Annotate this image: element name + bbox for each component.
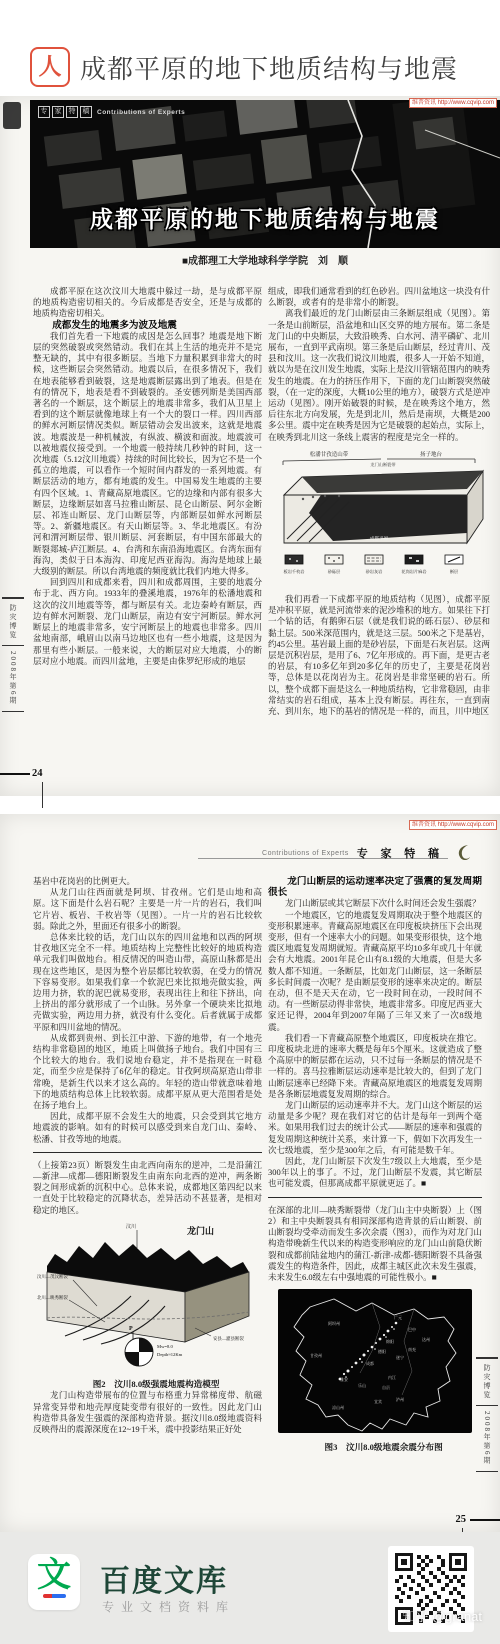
viewer-header: 人 成都平原的地下地质结构与地震 xyxy=(0,0,500,96)
fig2-p-axis: P xyxy=(129,1326,133,1332)
paragraph: 我们首先看一下地震的成因是怎么回事？地震是地下断层的突然破裂或突然错动。我们在其… xyxy=(33,331,262,577)
fig1-sub-label: 龙门山断裂带 xyxy=(370,461,396,468)
svg-text:达州: 达州 xyxy=(422,1336,430,1342)
page-number-25: 25 xyxy=(456,1514,467,1525)
paragraph: 成都平原在这次汶川大地震中躲过一劫，是与成都平原的地质构造密切相关的。今后成都是… xyxy=(33,286,262,320)
svg-text:广元: 广元 xyxy=(394,1314,402,1320)
paragraph: 回到四川和成都来看，四川和成都周围，主要的地震分布于北、西方向。1933年的叠溪… xyxy=(33,577,262,667)
fig2-depth: Depth≈12Km xyxy=(157,1352,183,1357)
page-number-rule xyxy=(0,773,30,775)
scan-artifact xyxy=(3,102,21,129)
zhihu-watermark: 知乎 @granat xyxy=(402,1606,482,1625)
paragraph: 龙门山断层或其它断层下次什么时间还会发生强震？ xyxy=(268,898,482,909)
column-name-en: Contributions of Experts xyxy=(97,109,185,116)
section-heading: 成都发生的地震多为波及地震 xyxy=(33,320,262,331)
wenku-tagline: 专业文档资料库 xyxy=(102,1598,235,1615)
fig1-bottom-label: 成都平原 xyxy=(370,535,389,542)
wenku-logo-underline xyxy=(28,1594,80,1598)
legend-label: 砂岩灰岩 xyxy=(366,568,384,575)
badge-char: 专 xyxy=(38,106,50,118)
page1-left-column: 成都平原在这次汶川大地震中躲过一劫，是与成都平原的地质构造密切相关的。今后成都是… xyxy=(33,286,262,778)
svg-text:内江: 内江 xyxy=(388,1374,396,1380)
vip-watermark: 维普资讯 http://www.cqvip.com xyxy=(409,98,497,108)
margin-rule xyxy=(476,1471,498,1473)
figure2-diagram: 汶川 龙门山 汶川—茂汶断裂 北川—映秀断裂 安县—灌县断裂 xyxy=(35,1220,261,1372)
column-divider xyxy=(268,1197,482,1198)
journal-issue: 2008年第6期 xyxy=(482,1411,492,1466)
svg-text:成都: 成都 xyxy=(366,1360,374,1366)
figure2-caption: 图2 汶川8.0级强震地震构造模型 xyxy=(33,1379,262,1390)
svg-text:甘孜州: 甘孜州 xyxy=(310,1352,322,1358)
svg-text:巴中: 巴中 xyxy=(408,1326,416,1332)
figure3-map: 广元 巴中 达州 绵阳 德阳 南充 遂宁 成都 内江 自贡 宜宾 泸州 乐山 雅… xyxy=(276,1287,474,1435)
wenku-logo: 文 xyxy=(28,1554,80,1610)
page1-right-column: 组成，即我们通常看到的红色砂岩。四川盆地这一块没有什么断裂，或者有的是非常小的断… xyxy=(268,286,490,778)
badge-char: 特 xyxy=(66,106,78,118)
badge-char: 家 xyxy=(52,106,64,118)
svg-text:泸州: 泸州 xyxy=(396,1396,404,1402)
page-number-rule xyxy=(470,1519,500,1521)
paragraph: 龙门山断层的运动速率并不大。龙门山这个断层的运动量是多少呢？现在我们对它的估计是… xyxy=(268,1100,482,1156)
binding-mark xyxy=(42,782,43,808)
legend-label: 砂砾层 xyxy=(328,568,341,575)
section-heading: 龙门山断层的运动速率决定了强震的复发周期很长 xyxy=(268,876,482,898)
journal-margin-page1: 防灾博览 2008年第6期 xyxy=(2,594,24,715)
journal-name: 防灾博览 xyxy=(482,1364,492,1400)
svg-text:阿坝州: 阿坝州 xyxy=(328,1320,340,1326)
journal-margin-page2: 防灾博览 2008年第6期 xyxy=(476,1354,498,1475)
margin-rule xyxy=(476,1405,498,1407)
legend-label: 断层 xyxy=(450,568,459,575)
svg-text:宜宾: 宜宾 xyxy=(374,1398,382,1404)
journal-issue: 2008年第6期 xyxy=(8,651,18,706)
paragraph: 总体来比较的话，龙门山以东的四川盆地和以西的阿坝甘孜地区完全不一样。地质结构上完… xyxy=(33,932,262,1033)
paragraph: 因此，龙门山断层下次发生7级以上大地震，至少是300年以上的事了。不过，龙门山断… xyxy=(268,1156,482,1190)
column-badge: 专 家 特 稿 Contributions of Experts xyxy=(38,106,185,118)
page2-right-column: 龙门山断层的运动速率决定了强震的复发周期很长 龙门山断层或其它断层下次什么时间还… xyxy=(268,876,482,1524)
column-name-cn: 专 家 特 稿 xyxy=(357,845,444,861)
satellite-banner: 专 家 特 稿 Contributions of Experts 成都平原的地下… xyxy=(30,100,500,248)
baidu-wenku-footer: 文 百度文库 专业文档资料库 知乎 @granat xyxy=(0,1532,500,1644)
paragraph: 在深部的北川—映秀断裂带（龙门山主中央断裂）上（图2）和主中央断裂具有相同深部构… xyxy=(268,1205,482,1283)
figure1-cross-section: 松潘甘孜造山带 扬子地台 龙门山断裂带 成都平原 xyxy=(268,447,490,590)
paragraph: 龙门山构造带展布的位置与布格重力异常梯度带、航磁异常变异带和地壳厚度陡变带有很好… xyxy=(33,1390,262,1435)
badge-char: 稿 xyxy=(80,106,92,118)
svg-text:德阳: 德阳 xyxy=(378,1348,386,1354)
figure3-aftershock-map: 广元 巴中 达州 绵阳 德阳 南充 遂宁 成都 内江 自贡 宜宾 泸州 乐山 雅… xyxy=(268,1287,482,1438)
margin-rule xyxy=(2,597,24,599)
page2-column-header: Contributions of Experts 专 家 特 稿 xyxy=(262,842,474,864)
scanned-page-1: 维普资讯 http://www.cqvip.com xyxy=(0,96,500,796)
fig2-magnitude: Mw=8.0 xyxy=(157,1344,173,1349)
page2-left-column: 基岩中花岗岩的比例更大。 从龙门山往西面就是阿坝、甘孜州。它们是山地和高原。这下… xyxy=(33,876,262,1524)
margin-rule xyxy=(476,1357,498,1359)
page-number-24: 24 xyxy=(32,768,43,779)
svg-text:南充: 南充 xyxy=(408,1346,416,1352)
svg-text:雅安: 雅安 xyxy=(340,1376,348,1382)
fig2-fault-label: 北川—映秀断裂 xyxy=(37,1294,68,1301)
vip-watermark: 维普资讯 http://www.cqvip.com xyxy=(409,820,497,830)
paragraph: （上接第23页）断裂发生由北西向南东的逆冲，二是沿蒲江—新津—成都—德阳断裂发生… xyxy=(33,1160,262,1216)
paragraph: 从成都到贵州、到长江中游、下游的地带，有一个地壳结构非常稳固的地区，地质上叫做扬… xyxy=(33,1033,262,1111)
svg-text:凉山州: 凉山州 xyxy=(332,1404,344,1410)
paragraph: 一个地震区，它的地震复发周期取决于整个地震区的变形积累速率。青藏高原地震区在印度… xyxy=(268,910,482,1033)
figure2-tectonic-model: 汶川 龙门山 汶川—茂汶断裂 北川—映秀断裂 安县—灌县断裂 xyxy=(33,1220,262,1375)
document-title[interactable]: 成都平原的地下地质结构与地震 xyxy=(80,49,458,86)
fig2-fault-label: 汶川—茂汶断裂 xyxy=(37,1273,68,1280)
scanned-page-2: 维普资讯 http://www.cqvip.com Contributions … xyxy=(0,814,500,1532)
paragraph: 因此，成都平原不会发生大的地震，只会受到其它地方地震波的影响。如有的时候可以感受… xyxy=(33,1111,262,1145)
wenku-brand-name: 百度文库 xyxy=(100,1556,228,1600)
margin-rule xyxy=(2,645,24,647)
wenku-doc-preview: { "viewer": { "title": "成都平原的地下地质结构与地震" … xyxy=(0,0,500,1644)
paragraph: 离我们最近的龙门山断层由三条断层组成（见图）。第一条是山前断层，沿盆地和山区交界… xyxy=(268,308,490,442)
column-divider xyxy=(33,1152,262,1153)
legend-label: 板岩千枚岩 xyxy=(284,568,306,575)
author-line: ■成都理工大学地球科学学院 刘 顺 xyxy=(30,252,500,267)
legend-label: 花岗岩片麻岩 xyxy=(401,568,427,575)
fig2-range-label: 龙门山 xyxy=(187,1225,214,1236)
fig2-fault-label: 安县—灌县断裂 xyxy=(213,1335,244,1342)
figure1-legend: 板岩千枚岩 砂砾层 砂岩灰岩 花岗岩片麻岩 断层 xyxy=(284,555,463,575)
fig1-label-right: 扬子地台 xyxy=(420,450,443,458)
figure1-diagram: 松潘甘孜造山带 扬子地台 龙门山断裂带 成都平原 xyxy=(269,447,489,587)
fig1-label-left: 松潘甘孜造山带 xyxy=(310,450,349,458)
paragraph: 从龙门山往西面就是阿坝、甘孜州。它们是山地和高原。这下面是什么岩石呢？主要是一片… xyxy=(33,887,262,932)
svg-text:遂宁: 遂宁 xyxy=(396,1354,404,1360)
paragraph: 我们看一下青藏高原整个地震区，印度板块在推它。印度板块北进的速率大概是每年5个厘… xyxy=(268,1033,482,1100)
paragraph: 基岩中花岗岩的比例更大。 xyxy=(33,876,262,887)
svg-text:自贡: 自贡 xyxy=(382,1384,391,1390)
fig2-peak-label: 汶川 xyxy=(125,1223,135,1230)
column-name-en: Contributions of Experts xyxy=(262,850,349,857)
svg-text:绵阳: 绵阳 xyxy=(386,1338,394,1344)
journal-name: 防灾博览 xyxy=(8,604,18,640)
paragraph: 我们再看一下成都平原的地质结构（见图），成都平原是冲积平原，就是河流带来的泥沙堆… xyxy=(268,594,490,717)
margin-rule xyxy=(2,711,24,713)
article-title-banner: 成都平原的地下地质结构与地震 xyxy=(30,201,500,234)
wenku-logo-glyph: 文 xyxy=(28,1554,80,1598)
svg-text:乐山: 乐山 xyxy=(358,1382,366,1388)
paragraph: 组成，即我们通常看到的红色砂岩。四川盆地这一块没有什么断裂，或者有的是非常小的断… xyxy=(268,286,490,308)
pdf-file-icon: 人 xyxy=(30,47,70,87)
column-swirl-logo xyxy=(452,842,474,864)
figure3-caption: 图3 汶川8.0级地震余震分布图 xyxy=(268,1442,482,1453)
